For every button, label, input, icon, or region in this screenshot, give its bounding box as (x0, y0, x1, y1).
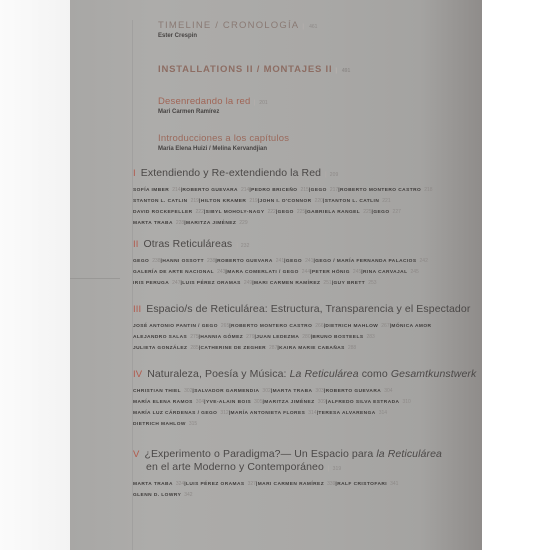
page-number: 245 (410, 269, 418, 275)
title-part: como (359, 368, 391, 380)
contributor-name: Gego (278, 210, 294, 215)
chapter-title-line2-text: en el arte Moderno y Contemporáneo (146, 461, 324, 473)
contributor-entry: Maritza Jiménez309 (264, 400, 326, 405)
page-number: 219 (191, 198, 199, 204)
contributor-name: Mónica Amor (391, 324, 431, 329)
table-of-contents: TIMELINE / CRONOLOGÍA|461 Ester Crespin … (70, 0, 482, 550)
contributor-entry: Yve-Alain Bois305 (206, 400, 263, 405)
title-part: Naturaleza, Poesía y Música: (147, 368, 289, 380)
contributor-entry: Gego225 (278, 210, 306, 215)
background-left (0, 0, 70, 550)
contributor-name: Hilton Kramer (201, 199, 247, 204)
contributor-entry: Mónica Amor (391, 324, 431, 329)
chapter-heading: V¿Experimento o Paradigma?— Un Espacio p… (133, 448, 482, 473)
contributor-entry: Bruno Bosteels283 (312, 335, 374, 340)
front-author: Ester Crespin (158, 33, 317, 39)
page-number: 227 (393, 209, 401, 215)
separator: | (236, 243, 238, 249)
page-number: 217 (330, 187, 338, 193)
contributor-name: Guy Brett (334, 281, 366, 286)
page-number: 220 (315, 198, 323, 204)
front-author: María Elena Huizi / Melina Kervandjian (158, 146, 289, 152)
contributor-name: María Luz Cárdenas / Gego (133, 411, 217, 416)
chapter-title-line1: ¿Experimento o Paradigma?— Un Espacio pa… (144, 448, 442, 460)
contributor-entry: Peter Hönig245 (312, 270, 361, 275)
contributor-name: José Antonio Pantin / Gego (133, 324, 218, 329)
contributor-line: Stanton L. Catlin219|Hilton Kramer219|Jo… (133, 196, 482, 207)
contributor-name: Yve-Alain Bois (206, 400, 251, 405)
page-number: 302 (262, 388, 270, 394)
contributor-name: Peter Hönig (312, 270, 350, 275)
book-page: TIMELINE / CRONOLOGÍA|461 Ester Crespin … (70, 0, 482, 550)
page-number: 288 (348, 345, 356, 351)
contributor-line: Christian Thiel302|Salvador Garmendia302… (133, 386, 482, 397)
contributor-name: Rina Carvajal (363, 270, 407, 275)
chapter-title-line2: en el arte Moderno y Contemporáneo|319 (133, 461, 482, 473)
page-number: 245 (353, 269, 361, 275)
contributor-entry: Marta Traba303 (273, 389, 324, 394)
page-number: 310 (402, 399, 410, 405)
contributor-name: John I. O'Connor (260, 199, 312, 204)
contributor-entry: David Rockefeller222 (133, 210, 204, 215)
front-title: Introducciones a los capítulos (158, 133, 289, 144)
contributor-entry: Hilton Kramer219 (201, 199, 258, 204)
contributor-line: Dietrich Mahlow315 (133, 419, 482, 430)
contributor-name: Marta Traba (273, 389, 313, 394)
contributor-name: Salvador Garmendia (194, 389, 259, 394)
page-number: 232 (241, 243, 250, 249)
contributor-name: Gego (373, 210, 389, 215)
entries: Marta Traba324|Luis Pérez Oramas327|Mari… (133, 479, 482, 501)
entries: Sofía Imber214|Roberto Guevara214|Pedro … (133, 185, 482, 229)
separator: | (302, 24, 305, 30)
background-right (482, 0, 550, 550)
page-number: 275 (190, 334, 198, 340)
chapter-numeral: I (133, 168, 136, 179)
page-number: 201 (259, 100, 267, 106)
contributor-name: Alejandro Salas (133, 335, 187, 340)
contributor-entry: Stanton L. Catlin219 (133, 199, 199, 204)
chapter-heading: IIOtras Reticuláreas|232 (133, 238, 482, 250)
contributor-entry: Marta Traba228 (133, 221, 184, 226)
contributor-name: David Rockefeller (133, 210, 193, 215)
page-number: 241 (276, 258, 284, 264)
contributor-name: Hannia Gómez (200, 335, 243, 340)
contributor-entry: Roberto Montero Castro218 (340, 188, 433, 193)
contributor-entry: Mari Carmen Ramírez339 (258, 482, 336, 487)
contributor-name: Roberto Montero Castro (231, 324, 312, 329)
contributor-line: José Antonio Pantin / Gego265|Roberto Mo… (133, 321, 482, 332)
contributor-name: Luis Pérez Oramas (182, 281, 241, 286)
page-number: 214 (172, 187, 180, 193)
contributor-entry: Gego241 (286, 259, 314, 264)
page-number: 221 (382, 198, 390, 204)
contributor-line: David Rockefeller222|Sibyl Moholy-Nagy22… (133, 207, 482, 218)
contributor-entry: Hannia Gómez279 (200, 335, 254, 340)
page-number: 312 (220, 410, 228, 416)
page-number: 319 (333, 466, 342, 472)
contributor-name: Stanton L. Catlin (133, 199, 188, 204)
page-number: 324 (176, 481, 184, 487)
contributor-name: Roberto Montero Castro (340, 188, 421, 193)
page-number: 222 (196, 209, 204, 215)
contributor-entry: Roberto Guevara241 (217, 259, 284, 264)
entries: José Antonio Pantin / Gego265|Roberto Mo… (133, 321, 482, 354)
page-number: 238 (152, 258, 160, 264)
contributor-line: Gego238|Hanni Ossott238|Roberto Guevara2… (133, 256, 482, 267)
contributor-name: Luis Pérez Oramas (186, 482, 245, 487)
front-title-text: TIMELINE / CRONOLOGÍA (158, 20, 299, 31)
page-number: 218 (424, 187, 432, 193)
contributor-name: Mara Comerlati / Gego (227, 270, 299, 275)
contributor-entry: Ralf Cristofari341 (337, 482, 398, 487)
contributor-name: Sibyl Moholy-Nagy (206, 210, 265, 215)
contributor-name: Julieta González (133, 346, 187, 351)
contributor-name: Gego (133, 259, 149, 264)
contributor-name: Hanni Ossott (162, 259, 204, 264)
contributor-line: Glenn D. Lowry342 (133, 490, 482, 501)
page-number: 242 (420, 258, 428, 264)
separator: | (335, 68, 337, 74)
front-author: Mari Carmen Ramírez (158, 109, 268, 115)
page-number: 266 (315, 323, 323, 329)
contributor-name: Teresa Alvarenga (318, 411, 375, 416)
separator: | (328, 466, 330, 472)
contributor-name: Catherine de Zegher (201, 346, 267, 351)
contributor-name: Gabriela Rangel (307, 210, 360, 215)
page-number: 209 (330, 172, 339, 178)
contributor-entry: Roberto Montero Castro266 (231, 324, 324, 329)
contributor-entry: Iris Peruga247 (133, 281, 180, 286)
page-number: 283 (366, 334, 374, 340)
contributor-entry: Juan Ledezma280 (256, 335, 310, 340)
contributor-entry: Gego227 (373, 210, 401, 215)
contributor-line: María Luz Cárdenas / Gego312|María Anton… (133, 408, 482, 419)
page-number: 303 (315, 388, 323, 394)
contributor-entry: Stanton L. Catlin221 (325, 199, 391, 204)
contributor-line: Sofía Imber214|Roberto Guevara214|Pedro … (133, 185, 482, 196)
contributor-name: Dietrich Mahlow (325, 324, 378, 329)
chapter-heading: IIIEspacio/s de Reticulárea: Estructura,… (133, 303, 482, 315)
contributor-entry: Glenn D. Lowry342 (133, 493, 193, 498)
toc-front-desenredando: Desenredando la red|201 Mari Carmen Ramí… (158, 96, 268, 115)
contributor-name: Gego (311, 188, 327, 193)
contributor-entry: María Luz Cárdenas / Gego312 (133, 411, 229, 416)
page-number: 309 (318, 399, 326, 405)
page-number: 314 (308, 410, 316, 416)
contributor-name: Marta Traba (133, 221, 173, 226)
chapter-2: IIOtras Reticuláreas|232 Gego238|Hanni O… (133, 238, 482, 289)
chapter-5: V¿Experimento o Paradigma?— Un Espacio p… (133, 448, 482, 501)
toc-front-installations: INSTALLATIONS II / MONTAJES II|491 (158, 64, 350, 75)
contributor-entry: Maritza Jiménez229 (186, 221, 248, 226)
contributor-entry: John I. O'Connor220 (260, 199, 323, 204)
contributor-name: Marta Traba (133, 482, 173, 487)
contributor-name: Maritza Jiménez (264, 400, 314, 405)
contributor-name: Sofía Imber (133, 188, 169, 193)
contributor-entry: Mara Comerlati / Gego244 (227, 270, 310, 275)
contributor-line: Marta Traba324|Luis Pérez Oramas327|Mari… (133, 479, 482, 490)
page-number: 285 (190, 345, 198, 351)
chapter-numeral: IV (133, 369, 142, 380)
front-title-text: INSTALLATIONS II / MONTAJES II (158, 64, 332, 75)
contributor-entry: Pedro Briceño215 (251, 188, 309, 193)
chapter-numeral: III (133, 304, 141, 315)
toc-front-introducciones: Introducciones a los capítulos María Ele… (158, 133, 289, 152)
front-title: INSTALLATIONS II / MONTAJES II|491 (158, 64, 350, 75)
page-number: 253 (368, 280, 376, 286)
page-number: 315 (189, 421, 197, 427)
title-part: la Reticulárea (376, 448, 442, 460)
page-number: 244 (302, 269, 310, 275)
chapter-title: Espacio/s de Reticulárea: Estructura, Tr… (146, 303, 470, 315)
contributor-entry: Marta Traba324 (133, 482, 184, 487)
toc-front-timeline: TIMELINE / CRONOLOGÍA|461 Ester Crespin (158, 20, 317, 39)
contributor-name: Iris Peruga (133, 281, 169, 286)
page-number: 229 (239, 220, 247, 226)
contributor-name: Dietrich Mahlow (133, 422, 186, 427)
contributor-name: María Elena Ramos (133, 400, 193, 405)
contributor-entry: Gego / María Fernanda Palacios242 (315, 259, 428, 264)
contributor-entry: Gego238 (133, 259, 161, 264)
chapter-4: IVNaturaleza, Poesía y Música: La Reticu… (133, 368, 482, 430)
contributor-entry: Roberto Guevara214 (182, 188, 249, 193)
contributor-entry: José Antonio Pantin / Gego265 (133, 324, 229, 329)
chapter-title: Naturaleza, Poesía y Música: La Reticulá… (147, 368, 476, 380)
contributor-entry: Salvador Garmendia302 (194, 389, 271, 394)
page-number: 225 (297, 209, 305, 215)
contributor-name: Maritza Jiménez (186, 221, 236, 226)
page-number: 341 (390, 481, 398, 487)
contributor-entry: María Antonieta Flores314 (231, 411, 317, 416)
page-number: 461 (309, 24, 317, 30)
contributor-name: Pedro Briceño (251, 188, 297, 193)
contributor-entry: Alejandro Salas275 (133, 335, 199, 340)
page-number: 219 (249, 198, 257, 204)
contributor-name: Juan Ledezma (256, 335, 299, 340)
contributor-name: Mari Carmen Ramírez (254, 281, 320, 286)
contributor-entry: Roberto Guevara304 (326, 389, 393, 394)
chapter-title: Extendiendo y Re-extendiendo la Red (141, 167, 321, 179)
contributor-entry: Julieta González285 (133, 346, 199, 351)
contributor-entry: Catherine de Zegher287 (201, 346, 278, 351)
title-part: La Reticulárea (290, 368, 359, 380)
contributor-entry: Kaira Marie Cabañas288 (279, 346, 356, 351)
contributor-entry: Alfredo Silva Estrada310 (328, 400, 411, 405)
contributor-line: Galería de Arte Nacional243|Mara Comerla… (133, 267, 482, 278)
contributor-line: Alejandro Salas275|Hannia Gómez279|Juan … (133, 332, 482, 343)
contributor-name: Gego (286, 259, 302, 264)
contributor-entry: Mari Carmen Ramírez251 (254, 281, 332, 286)
chapter-heading: IVNaturaleza, Poesía y Música: La Reticu… (133, 368, 482, 380)
contributor-entry: Galería de Arte Nacional243 (133, 270, 225, 275)
contributor-entry: Rina Carvajal245 (363, 270, 419, 275)
contributor-name: Mari Carmen Ramírez (258, 482, 324, 487)
contributor-name: Kaira Marie Cabañas (279, 346, 345, 351)
contributor-entry: Luis Pérez Oramas327 (186, 482, 256, 487)
page-number: 249 (244, 280, 252, 286)
chapter-heading: IExtendiendo y Re-extendiendo la Red|209 (133, 167, 482, 179)
page-number: 251 (323, 280, 331, 286)
contributor-entry: Dietrich Mahlow315 (133, 422, 197, 427)
front-title-text: Introducciones a los capítulos (158, 133, 289, 144)
page-number: 327 (248, 481, 256, 487)
chapter-numeral: II (133, 239, 138, 250)
contributor-name: Roberto Guevara (217, 259, 273, 264)
page-number: 280 (302, 334, 310, 340)
contributor-name: Galería de Arte Nacional (133, 270, 214, 275)
separator: | (325, 172, 327, 178)
contributor-name: María Antonieta Flores (231, 411, 306, 416)
chapter-numeral: V (133, 449, 139, 460)
page-number: 491 (342, 68, 350, 74)
contributor-entry: Sibyl Moholy-Nagy222 (206, 210, 276, 215)
page-number: 265 (221, 323, 229, 329)
contributor-name: Gego / María Fernanda Palacios (315, 259, 416, 264)
contributor-name: Christian Thiel (133, 389, 181, 394)
contributor-name: Glenn D. Lowry (133, 493, 181, 498)
contributor-line: Marta Traba228|Maritza Jiménez229 (133, 218, 482, 229)
page-number: 215 (301, 187, 309, 193)
page-number: 342 (184, 492, 192, 498)
title-part: Gesamtkunstwerk (391, 368, 477, 380)
contributor-name: Bruno Bosteels (312, 335, 363, 340)
front-title-text: Desenredando la red (158, 96, 251, 107)
front-title: Desenredando la red|201 (158, 96, 268, 107)
contributor-entry: Luis Pérez Oramas249 (182, 281, 252, 286)
entries: Christian Thiel302|Salvador Garmendia302… (133, 386, 482, 430)
contributor-entry: Sofía Imber214 (133, 188, 181, 193)
page-number: 228 (176, 220, 184, 226)
contributor-name: Alfredo Silva Estrada (328, 400, 400, 405)
contributor-entry: Teresa Alvarenga314 (318, 411, 387, 416)
page-number: 225 (363, 209, 371, 215)
contributor-entry: Dietrich Mahlow267 (325, 324, 389, 329)
page-number: 305 (254, 399, 262, 405)
contributor-line: Julieta González285|Catherine de Zegher2… (133, 343, 482, 354)
contributor-line: Iris Peruga247|Luis Pérez Oramas249|Mari… (133, 278, 482, 289)
page-number: 267 (381, 323, 389, 329)
contributor-line: María Elena Ramos304|Yve-Alain Bois305|M… (133, 397, 482, 408)
contributor-entry: Hanni Ossott238 (162, 259, 215, 264)
contributor-entry: María Elena Ramos304 (133, 400, 204, 405)
page-number: 304 (196, 399, 204, 405)
chapter-1: IExtendiendo y Re-extendiendo la Red|209… (133, 167, 482, 229)
contributor-name: Stanton L. Catlin (325, 199, 380, 204)
contributor-name: Ralf Cristofari (337, 482, 387, 487)
chapter-3: IIIEspacio/s de Reticulárea: Estructura,… (133, 303, 482, 354)
entries: Gego238|Hanni Ossott238|Roberto Guevara2… (133, 256, 482, 289)
page-number: 314 (379, 410, 387, 416)
contributor-name: Roberto Guevara (326, 389, 382, 394)
contributor-entry: Guy Brett253 (334, 281, 377, 286)
page-number: 222 (268, 209, 276, 215)
chapter-title: Otras Reticuláreas (143, 238, 232, 250)
separator: | (254, 100, 256, 106)
contributor-entry: Christian Thiel302 (133, 389, 192, 394)
contributor-entry: Gabriela Rangel225 (307, 210, 372, 215)
contributor-entry: Gego217 (311, 188, 339, 193)
title-part: ¿Experimento o Paradigma?— Un Espacio pa… (144, 448, 376, 460)
contributor-name: Roberto Guevara (182, 188, 238, 193)
front-title: TIMELINE / CRONOLOGÍA|461 (158, 20, 317, 31)
page-number: 304 (384, 388, 392, 394)
